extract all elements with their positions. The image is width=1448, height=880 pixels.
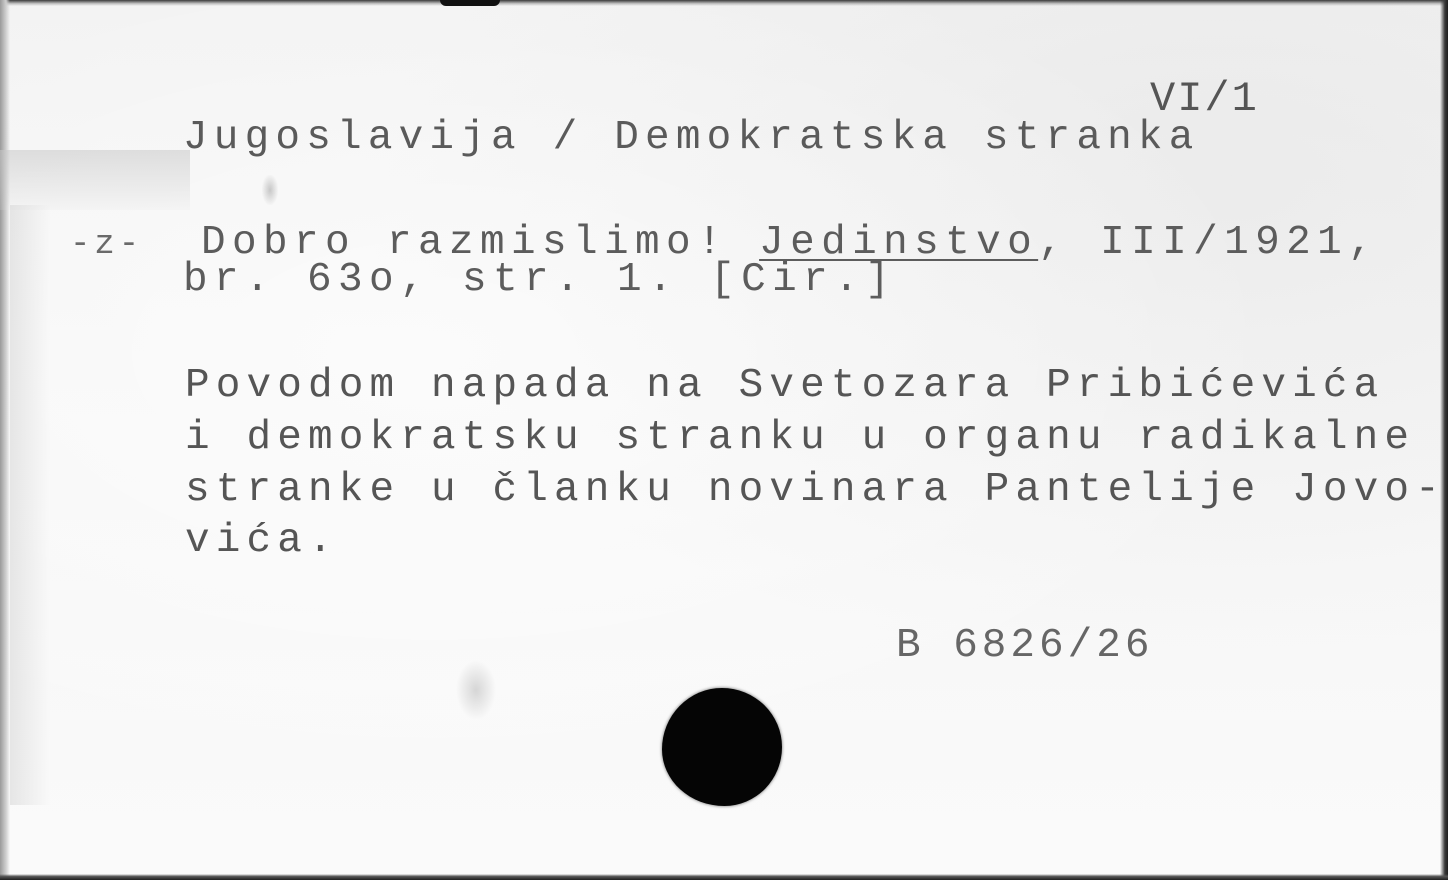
card-edge-bottom — [0, 874, 1448, 880]
card-edge-top — [0, 0, 1448, 6]
subject-heading: Jugoslavija / Demokratska stranka — [183, 118, 1200, 159]
catalog-card: VI/1 Jugoslavija / Demokratska stranka -… — [0, 0, 1448, 880]
annotation-line: i demokratsku stranku u organu radikalne — [185, 418, 1415, 459]
entry-marker: -z- — [70, 228, 143, 262]
card-smudge — [456, 660, 496, 720]
annotation-line: vića. — [185, 521, 339, 562]
card-shadow — [0, 150, 190, 210]
annotation-line: Povodom napada na Svetozara Pribićevića — [185, 366, 1384, 407]
classification-code: VI/1 — [1150, 78, 1259, 120]
card-edge-left — [0, 0, 10, 880]
punch-hole-icon — [662, 688, 782, 806]
card-edge-right — [1440, 0, 1448, 880]
card-edge-mark — [440, 0, 500, 6]
citation-line-2: br. 63o, str. 1. [Cir.] — [183, 260, 896, 301]
card-smudge-small — [262, 175, 278, 205]
annotation-line: stranke u članku novinara Pantelije Jovo… — [185, 470, 1446, 511]
journal-volume: , III/1921, — [1038, 220, 1379, 266]
call-number: B 6826/26 — [896, 626, 1153, 667]
card-shadow-column — [10, 205, 50, 805]
